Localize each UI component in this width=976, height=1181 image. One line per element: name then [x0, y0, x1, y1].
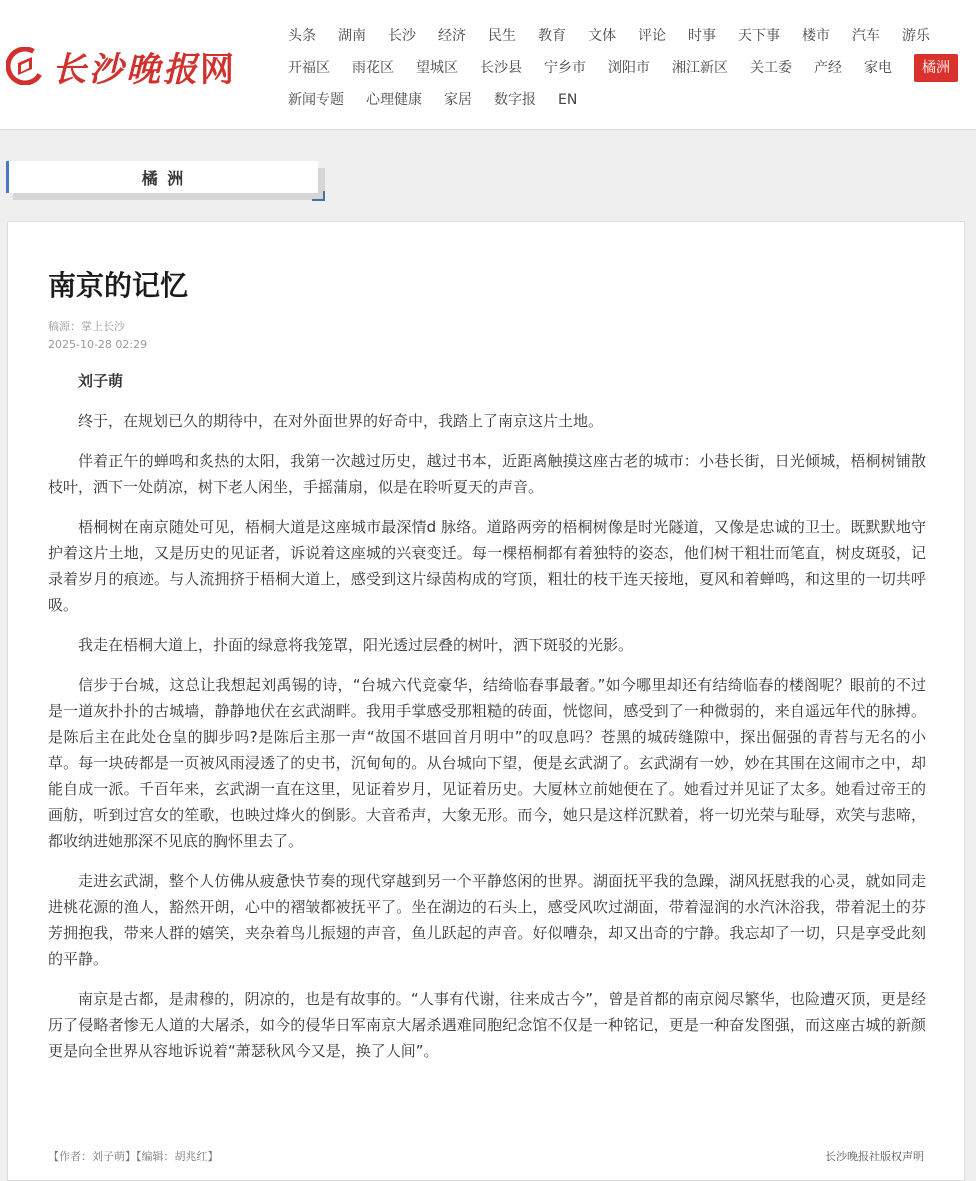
nav-item-qiche[interactable]: 汽车	[852, 22, 880, 50]
nav-item-youle[interactable]: 游乐	[902, 22, 930, 50]
article-paragraph: 南京是古都，是肃穆的，阴凉的，也是有故事的。“人事有代谢，往来成古今”，曾是首都…	[48, 986, 926, 1064]
nav-item-wenti[interactable]: 文体	[588, 22, 616, 50]
section-tag: 橘 洲	[6, 161, 318, 193]
nav-item-ningxiangshi[interactable]: 宁乡市	[544, 54, 586, 82]
article-body: 刘子萌 终于，在规划已久的期待中，在对外面世界的好奇中，我踏上了南京这片土地。 …	[48, 368, 926, 1078]
article-paragraph: 我走在梧桐大道上，扑面的绿意将我笼罩，阳光透过层叠的树叶，洒下斑驳的光影。	[48, 632, 926, 658]
nav-item-en[interactable]: EN	[558, 86, 577, 114]
nav-item-toutiao[interactable]: 头条	[288, 22, 316, 50]
nav-item-guangongwei[interactable]: 关工委	[750, 54, 792, 82]
nav-item-xiangjiangxinqu[interactable]: 湘江新区	[672, 54, 728, 82]
nav-item-xinwenzhuanti[interactable]: 新闻专题	[288, 86, 344, 114]
nav-row-1: 头条 湖南 长沙 经济 民生 教育 文体 评论 时事 天下事 楼市 汽车 游乐	[288, 20, 976, 52]
nav-item-jiaju[interactable]: 家居	[444, 86, 472, 114]
nav-item-loushi[interactable]: 楼市	[802, 22, 830, 50]
nav-item-wangchengqu[interactable]: 望城区	[416, 54, 458, 82]
nav-item-jiaoyu[interactable]: 教育	[538, 22, 566, 50]
nav-item-changsha[interactable]: 长沙	[388, 22, 416, 50]
nav-item-jiadian[interactable]: 家电	[864, 54, 892, 82]
nav-item-juzhou-active[interactable]: 橘洲	[914, 54, 958, 82]
article-author: 刘子萌	[48, 368, 926, 394]
copyright-link[interactable]: 长沙晚报社版权声明	[825, 1148, 924, 1164]
article-credits: 【作者：刘子萌】【编辑：胡兆红】	[48, 1148, 219, 1164]
article-paragraph: 走进玄武湖，整个人仿佛从疲惫快节奏的现代穿越到另一个平静悠闲的世界。湖面抚平我的…	[48, 868, 926, 972]
nav-row-3: 新闻专题 心理健康 家居 数字报 EN	[288, 84, 976, 116]
site-logo[interactable]: 长沙晚报网	[6, 44, 237, 88]
site-header: 长沙晚报网 头条 湖南 长沙 经济 民生 教育 文体 评论 时事 天下事 楼市 …	[0, 0, 976, 130]
nav-item-hunan[interactable]: 湖南	[338, 22, 366, 50]
article-source: 稿源：掌上长沙	[48, 318, 147, 336]
article-title: 南京的记忆	[48, 264, 188, 304]
nav-item-liuyangshi[interactable]: 浏阳市	[608, 54, 650, 82]
nav-item-tianxiashi[interactable]: 天下事	[738, 22, 780, 50]
nav-item-yuhuaqu[interactable]: 雨花区	[352, 54, 394, 82]
nav-item-shishi[interactable]: 时事	[688, 22, 716, 50]
logo-text: 长沙晚报网	[52, 42, 237, 91]
article-paragraph: 终于，在规划已久的期待中，在对外面世界的好奇中，我踏上了南京这片土地。	[48, 408, 926, 434]
logo-emblem-icon	[6, 47, 44, 85]
nav-item-xinlijiankang[interactable]: 心理健康	[366, 86, 422, 114]
article-paragraph: 信步于台城，这总让我想起刘禹锡的诗，“台城六代竞豪华，结绮临春事最奢。”如今哪里…	[48, 672, 926, 854]
logo-name: 长沙晚报	[52, 50, 200, 90]
nav-item-minsheng[interactable]: 民生	[488, 22, 516, 50]
logo-suffix: 网	[200, 50, 237, 90]
nav-item-shuzibao[interactable]: 数字报	[494, 86, 536, 114]
main-nav: 头条 湖南 长沙 经济 民生 教育 文体 评论 时事 天下事 楼市 汽车 游乐 …	[288, 20, 976, 116]
nav-row-2: 开福区 雨花区 望城区 长沙县 宁乡市 浏阳市 湘江新区 关工委 产经 家电 橘…	[288, 52, 976, 84]
nav-item-changshaxian[interactable]: 长沙县	[480, 54, 522, 82]
section-title[interactable]: 橘 洲	[6, 161, 318, 193]
nav-item-pinglun[interactable]: 评论	[638, 22, 666, 50]
article-meta: 稿源：掌上长沙 2025-10-28 02:29	[48, 318, 147, 354]
article-datetime: 2025-10-28 02:29	[48, 336, 147, 354]
article-paragraph: 梧桐树在南京随处可见，梧桐大道是这座城市最深情d 脉络。道路两旁的梧桐树像是时光…	[48, 514, 926, 618]
nav-item-chanjing[interactable]: 产经	[814, 54, 842, 82]
article-paragraph: 伴着正午的蝉鸣和炙热的太阳，我第一次越过历史，越过书本，近距离触摸这座古老的城市…	[48, 448, 926, 500]
nav-item-jingji[interactable]: 经济	[438, 22, 466, 50]
article-card: 南京的记忆 稿源：掌上长沙 2025-10-28 02:29 刘子萌 终于，在规…	[7, 221, 965, 1167]
nav-item-kaifuqu[interactable]: 开福区	[288, 54, 330, 82]
